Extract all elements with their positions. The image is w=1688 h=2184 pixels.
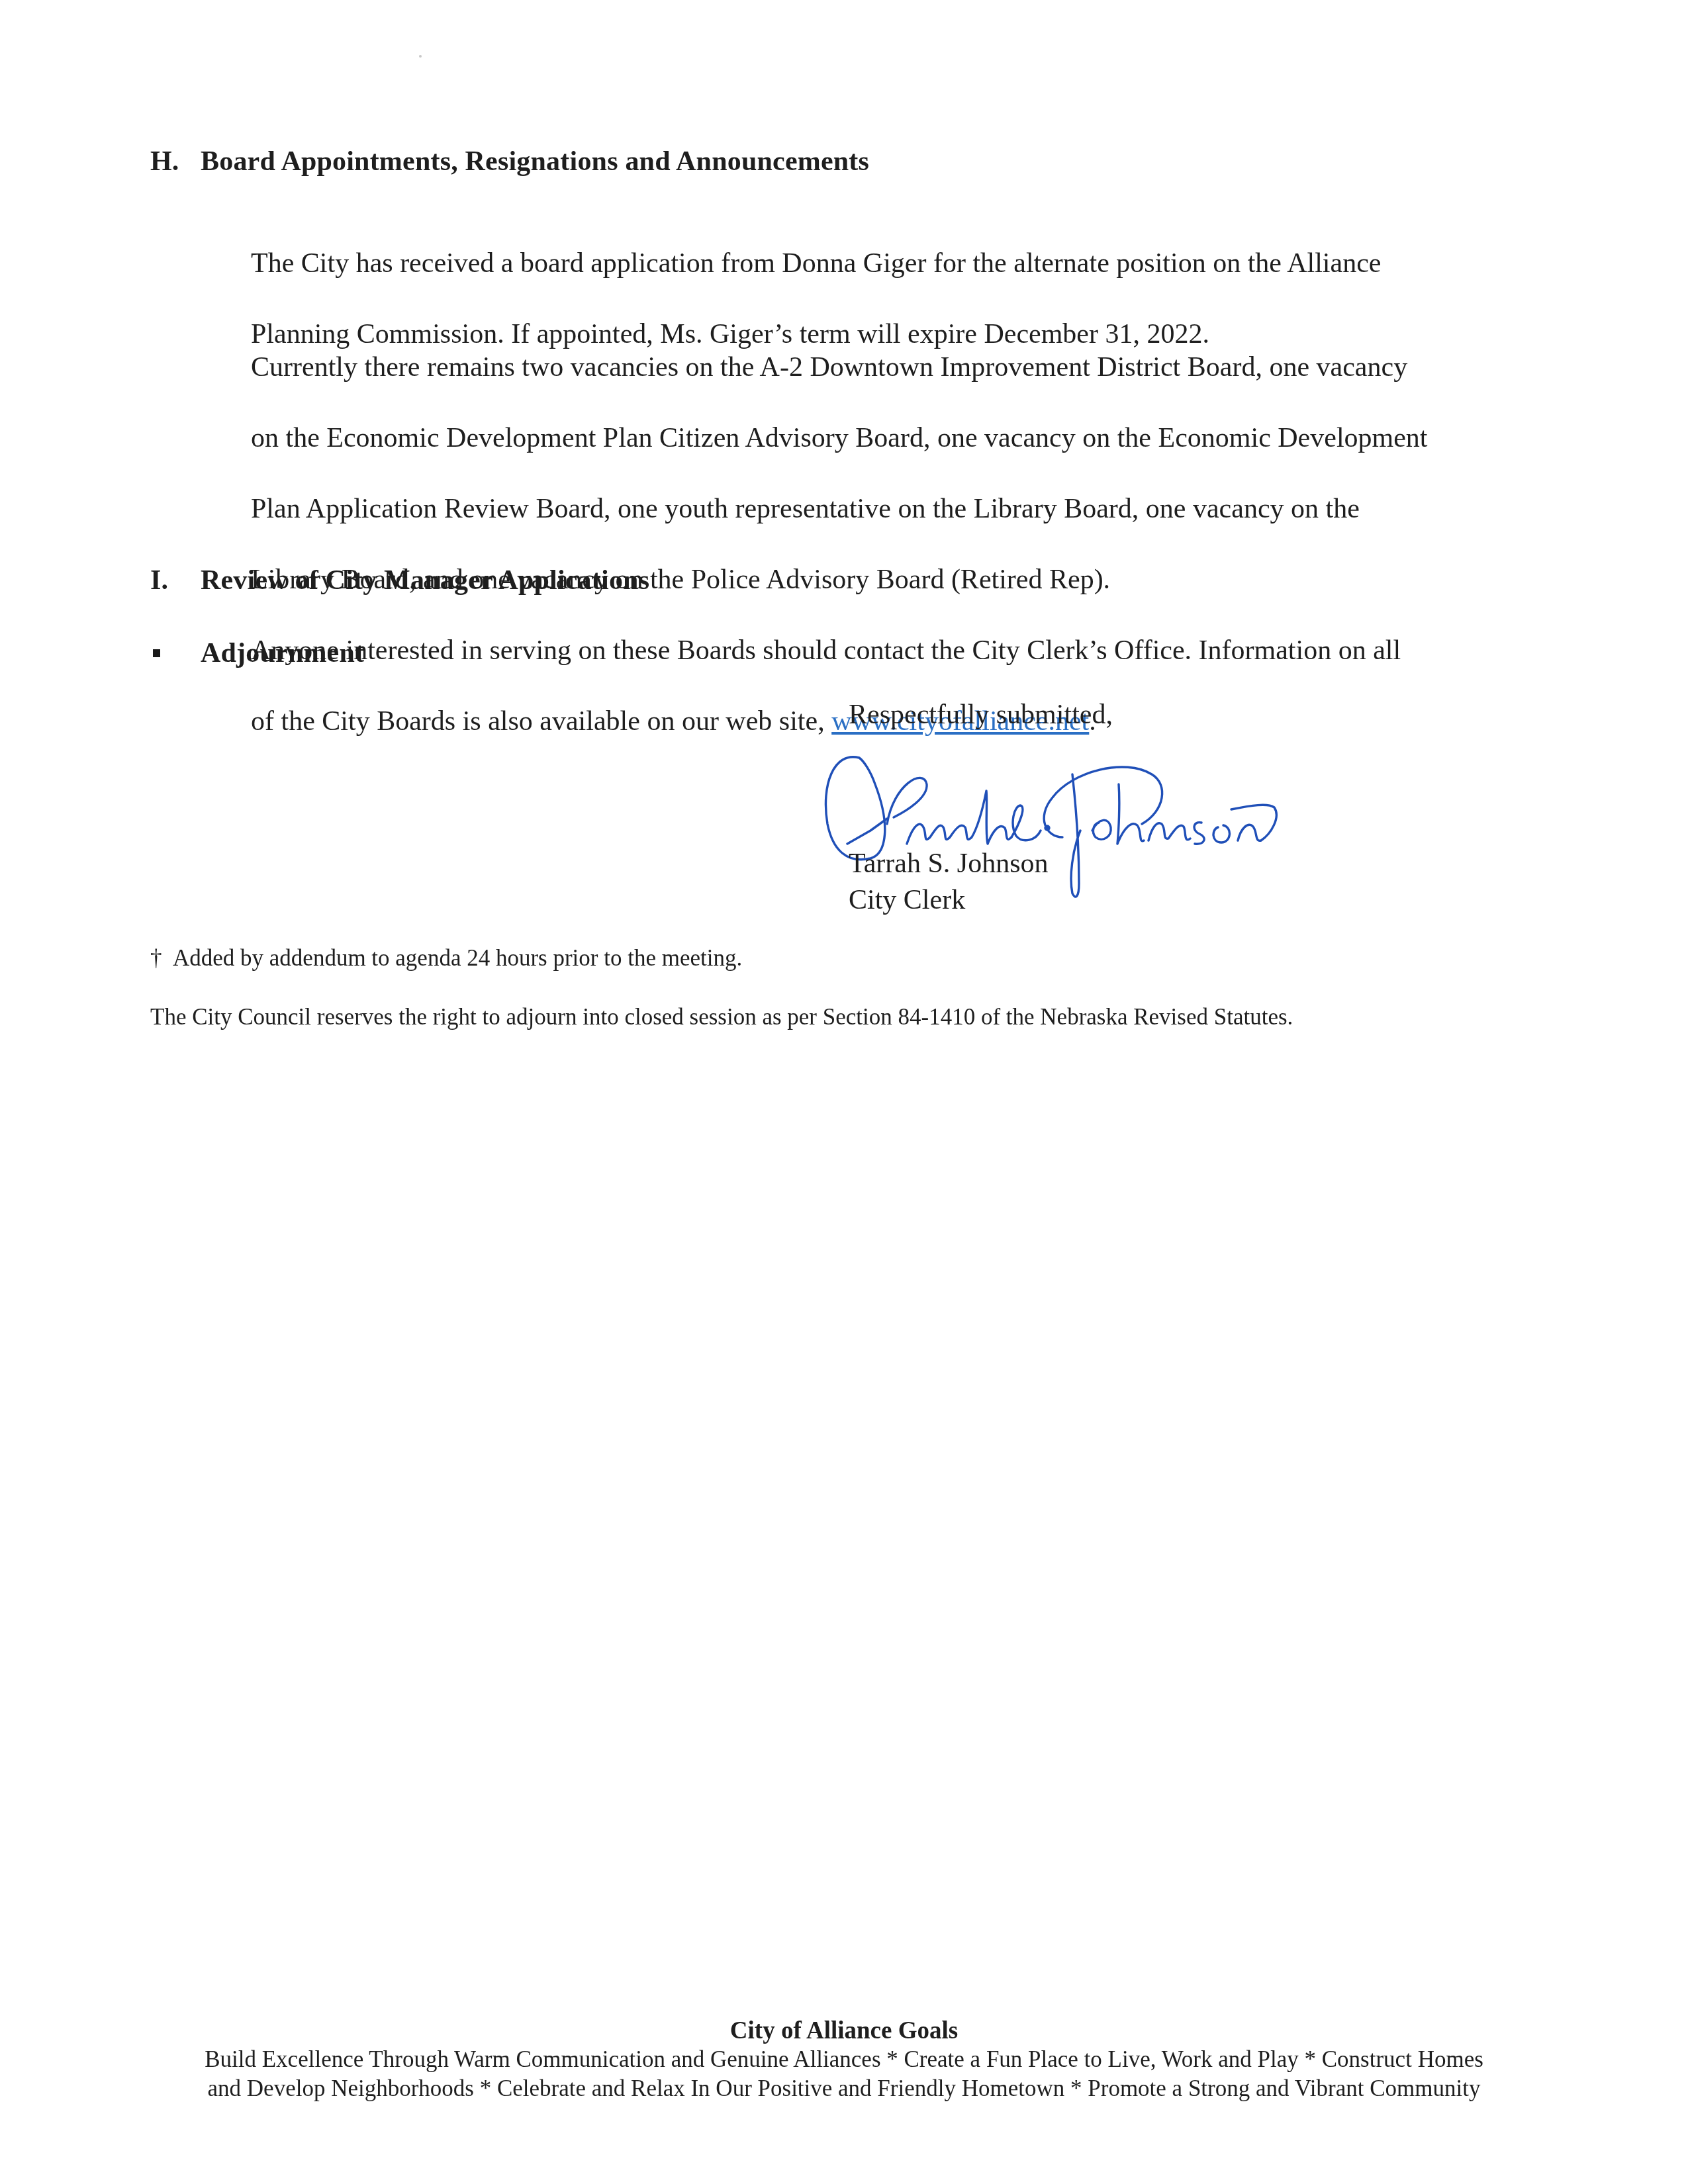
dagger-icon: † [150, 944, 173, 972]
paragraph-text: of the City Boards is also available on … [251, 706, 831, 737]
paragraph-line: The City has received a board applicatio… [251, 246, 1575, 282]
section-i-marker: I. [150, 564, 168, 597]
goals-title: City of Alliance Goals [0, 2017, 1688, 2045]
scan-artifact [419, 55, 422, 58]
section-i-title: Review of City Manager Applications [201, 564, 649, 597]
section-h-marker: H. [150, 145, 179, 178]
paragraph-line: Plan Application Review Board, one youth… [251, 492, 1575, 527]
closed-session-note: The City Council reserves the right to a… [150, 1003, 1293, 1031]
signature-block: Respectfully submitted, Tarrah S. Johnso [849, 698, 1444, 923]
square-bullet-icon [153, 649, 160, 657]
paragraph-line: Currently there remains two vacancies on… [251, 350, 1575, 386]
addendum-footnote: †Added by addendum to agenda 24 hours pr… [150, 944, 742, 972]
paragraph-line: Anyone interested in serving on these Bo… [251, 633, 1575, 669]
goals-line: Build Excellence Through Warm Communicat… [0, 2045, 1688, 2074]
adjournment-title: Adjournment [201, 637, 364, 670]
city-goals-footer: City of Alliance Goals Build Excellence … [0, 2017, 1688, 2103]
closing-text: Respectfully submitted, [849, 698, 1113, 731]
goals-line: and Develop Neighborhoods * Celebrate an… [0, 2074, 1688, 2103]
addendum-note-text: Added by addendum to agenda 24 hours pri… [173, 945, 742, 971]
signer-name: Tarrah S. Johnson [849, 847, 1049, 880]
signer-title: City Clerk [849, 884, 965, 917]
section-h-title: Board Appointments, Resignations and Ann… [201, 145, 869, 178]
paragraph-line: on the Economic Development Plan Citizen… [251, 421, 1575, 457]
